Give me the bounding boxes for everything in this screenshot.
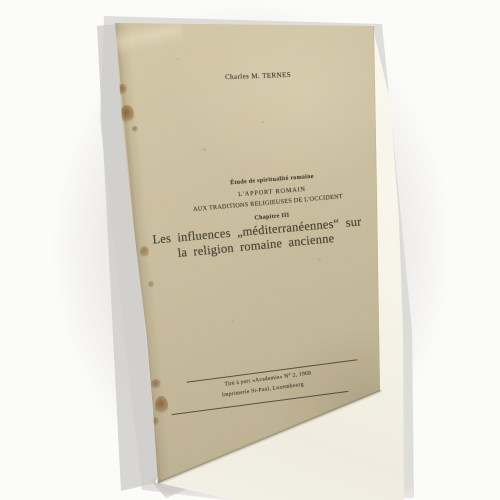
booklet-cover: Charles M. TERNES Étude de spiritualité … xyxy=(0,0,500,500)
stain xyxy=(132,126,138,132)
speck xyxy=(318,258,321,261)
series-line: Étude de spiritualité romaine xyxy=(230,174,314,187)
imprint-rule-bottom xyxy=(172,391,349,415)
speck xyxy=(177,58,179,60)
stain xyxy=(140,246,149,258)
stain xyxy=(155,396,168,415)
work-title-line-2: AUX TRADITIONS RELIGIEUSES DE L'OCCIDENT xyxy=(193,193,343,213)
author-line: Charles M. TERNES xyxy=(225,71,291,81)
speck xyxy=(232,320,234,322)
product-photo: Charles M. TERNES Étude de spiritualité … xyxy=(0,0,500,500)
speck xyxy=(262,121,264,123)
stain xyxy=(151,379,161,389)
stain xyxy=(148,281,154,288)
speck xyxy=(203,148,206,151)
